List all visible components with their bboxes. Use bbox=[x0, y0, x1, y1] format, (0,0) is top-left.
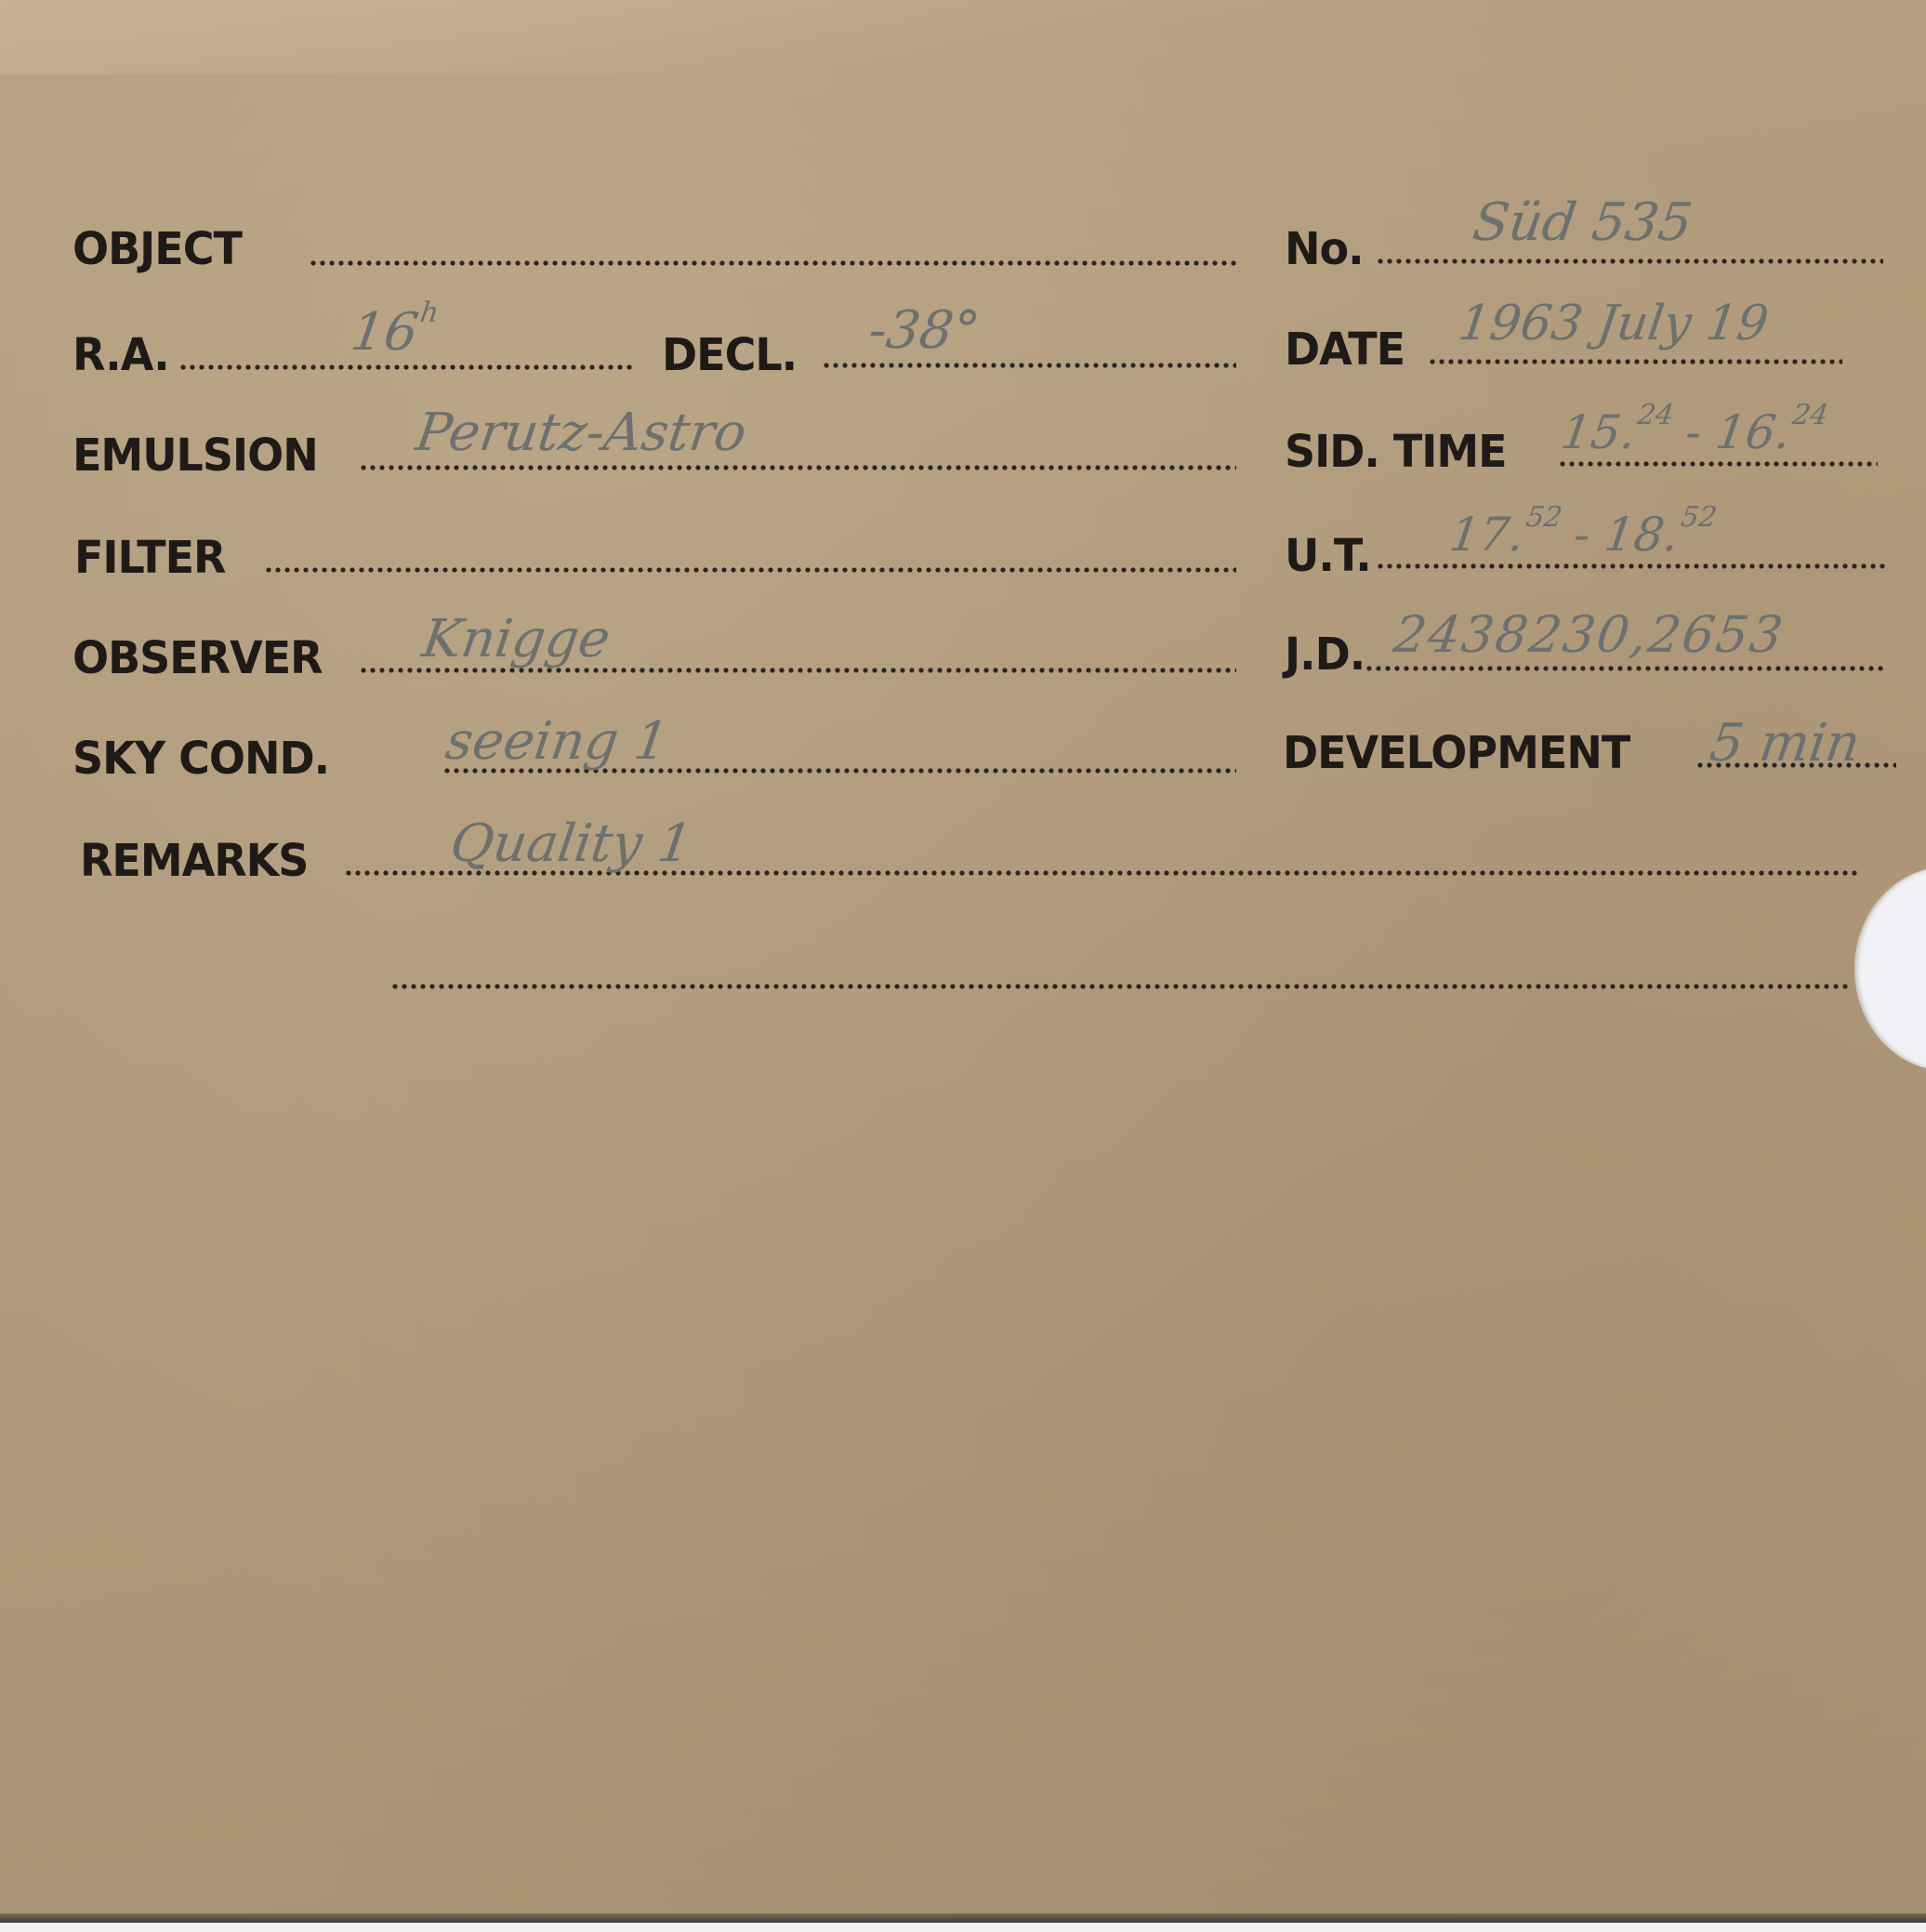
observer-value: Knigge bbox=[419, 614, 613, 666]
sid-time-label: SID. TIME bbox=[1285, 429, 1507, 473]
sky-cond-label: SKY COND. bbox=[73, 735, 329, 780]
no-value: Süd 535 bbox=[1470, 197, 1695, 249]
ra-field[interactable] bbox=[178, 364, 636, 370]
decl-value: -38° bbox=[865, 305, 983, 357]
filter-field[interactable] bbox=[264, 567, 1236, 573]
decl-label: DECL. bbox=[662, 332, 797, 377]
development-label: DEVELOPMENT bbox=[1283, 730, 1629, 774]
jd-label: J.D. bbox=[1285, 631, 1365, 676]
remarks-value: Quality 1 bbox=[447, 818, 695, 870]
date-value: 1963 July 19 bbox=[1456, 299, 1771, 348]
date-label: DATE bbox=[1285, 326, 1405, 371]
flap-fold-shadow bbox=[0, 0, 1926, 74]
sky-cond-value: seeing 1 bbox=[442, 716, 671, 768]
jd-field[interactable] bbox=[1365, 666, 1883, 671]
sid-time-field[interactable] bbox=[1558, 461, 1878, 467]
plate-envelope: OBJECT R.A. 16h DECL. -38° EMULSION Peru… bbox=[0, 0, 1926, 1921]
no-label: No. bbox=[1285, 226, 1364, 271]
envelope-bottom-edge bbox=[0, 1913, 1926, 1923]
ut-field[interactable] bbox=[1376, 563, 1885, 569]
no-field[interactable] bbox=[1376, 258, 1883, 264]
sid-time-value: 15.24 - 16.24 bbox=[1558, 409, 1828, 456]
emulsion-value: Perutz-Astro bbox=[413, 407, 749, 459]
ra-value: 16h bbox=[348, 307, 439, 359]
emulsion-field[interactable] bbox=[359, 465, 1236, 470]
ra-label: R.A. bbox=[73, 332, 169, 377]
ut-label: U.T. bbox=[1285, 533, 1371, 577]
development-value: 5 min bbox=[1707, 718, 1863, 770]
date-field[interactable] bbox=[1428, 359, 1842, 364]
ut-value: 17.52 - 18.52 bbox=[1446, 511, 1717, 558]
decl-field[interactable] bbox=[822, 363, 1236, 368]
remarks-label: REMARKS bbox=[80, 838, 308, 882]
jd-value: 2438230,2653 bbox=[1391, 610, 1787, 660]
emulsion-label: EMULSION bbox=[73, 432, 318, 477]
object-label: OBJECT bbox=[73, 226, 242, 271]
observer-label: OBSERVER bbox=[73, 635, 323, 680]
object-field[interactable] bbox=[309, 260, 1236, 266]
remarks-continuation-field[interactable] bbox=[390, 984, 1852, 989]
filter-label: FILTER bbox=[74, 535, 225, 579]
